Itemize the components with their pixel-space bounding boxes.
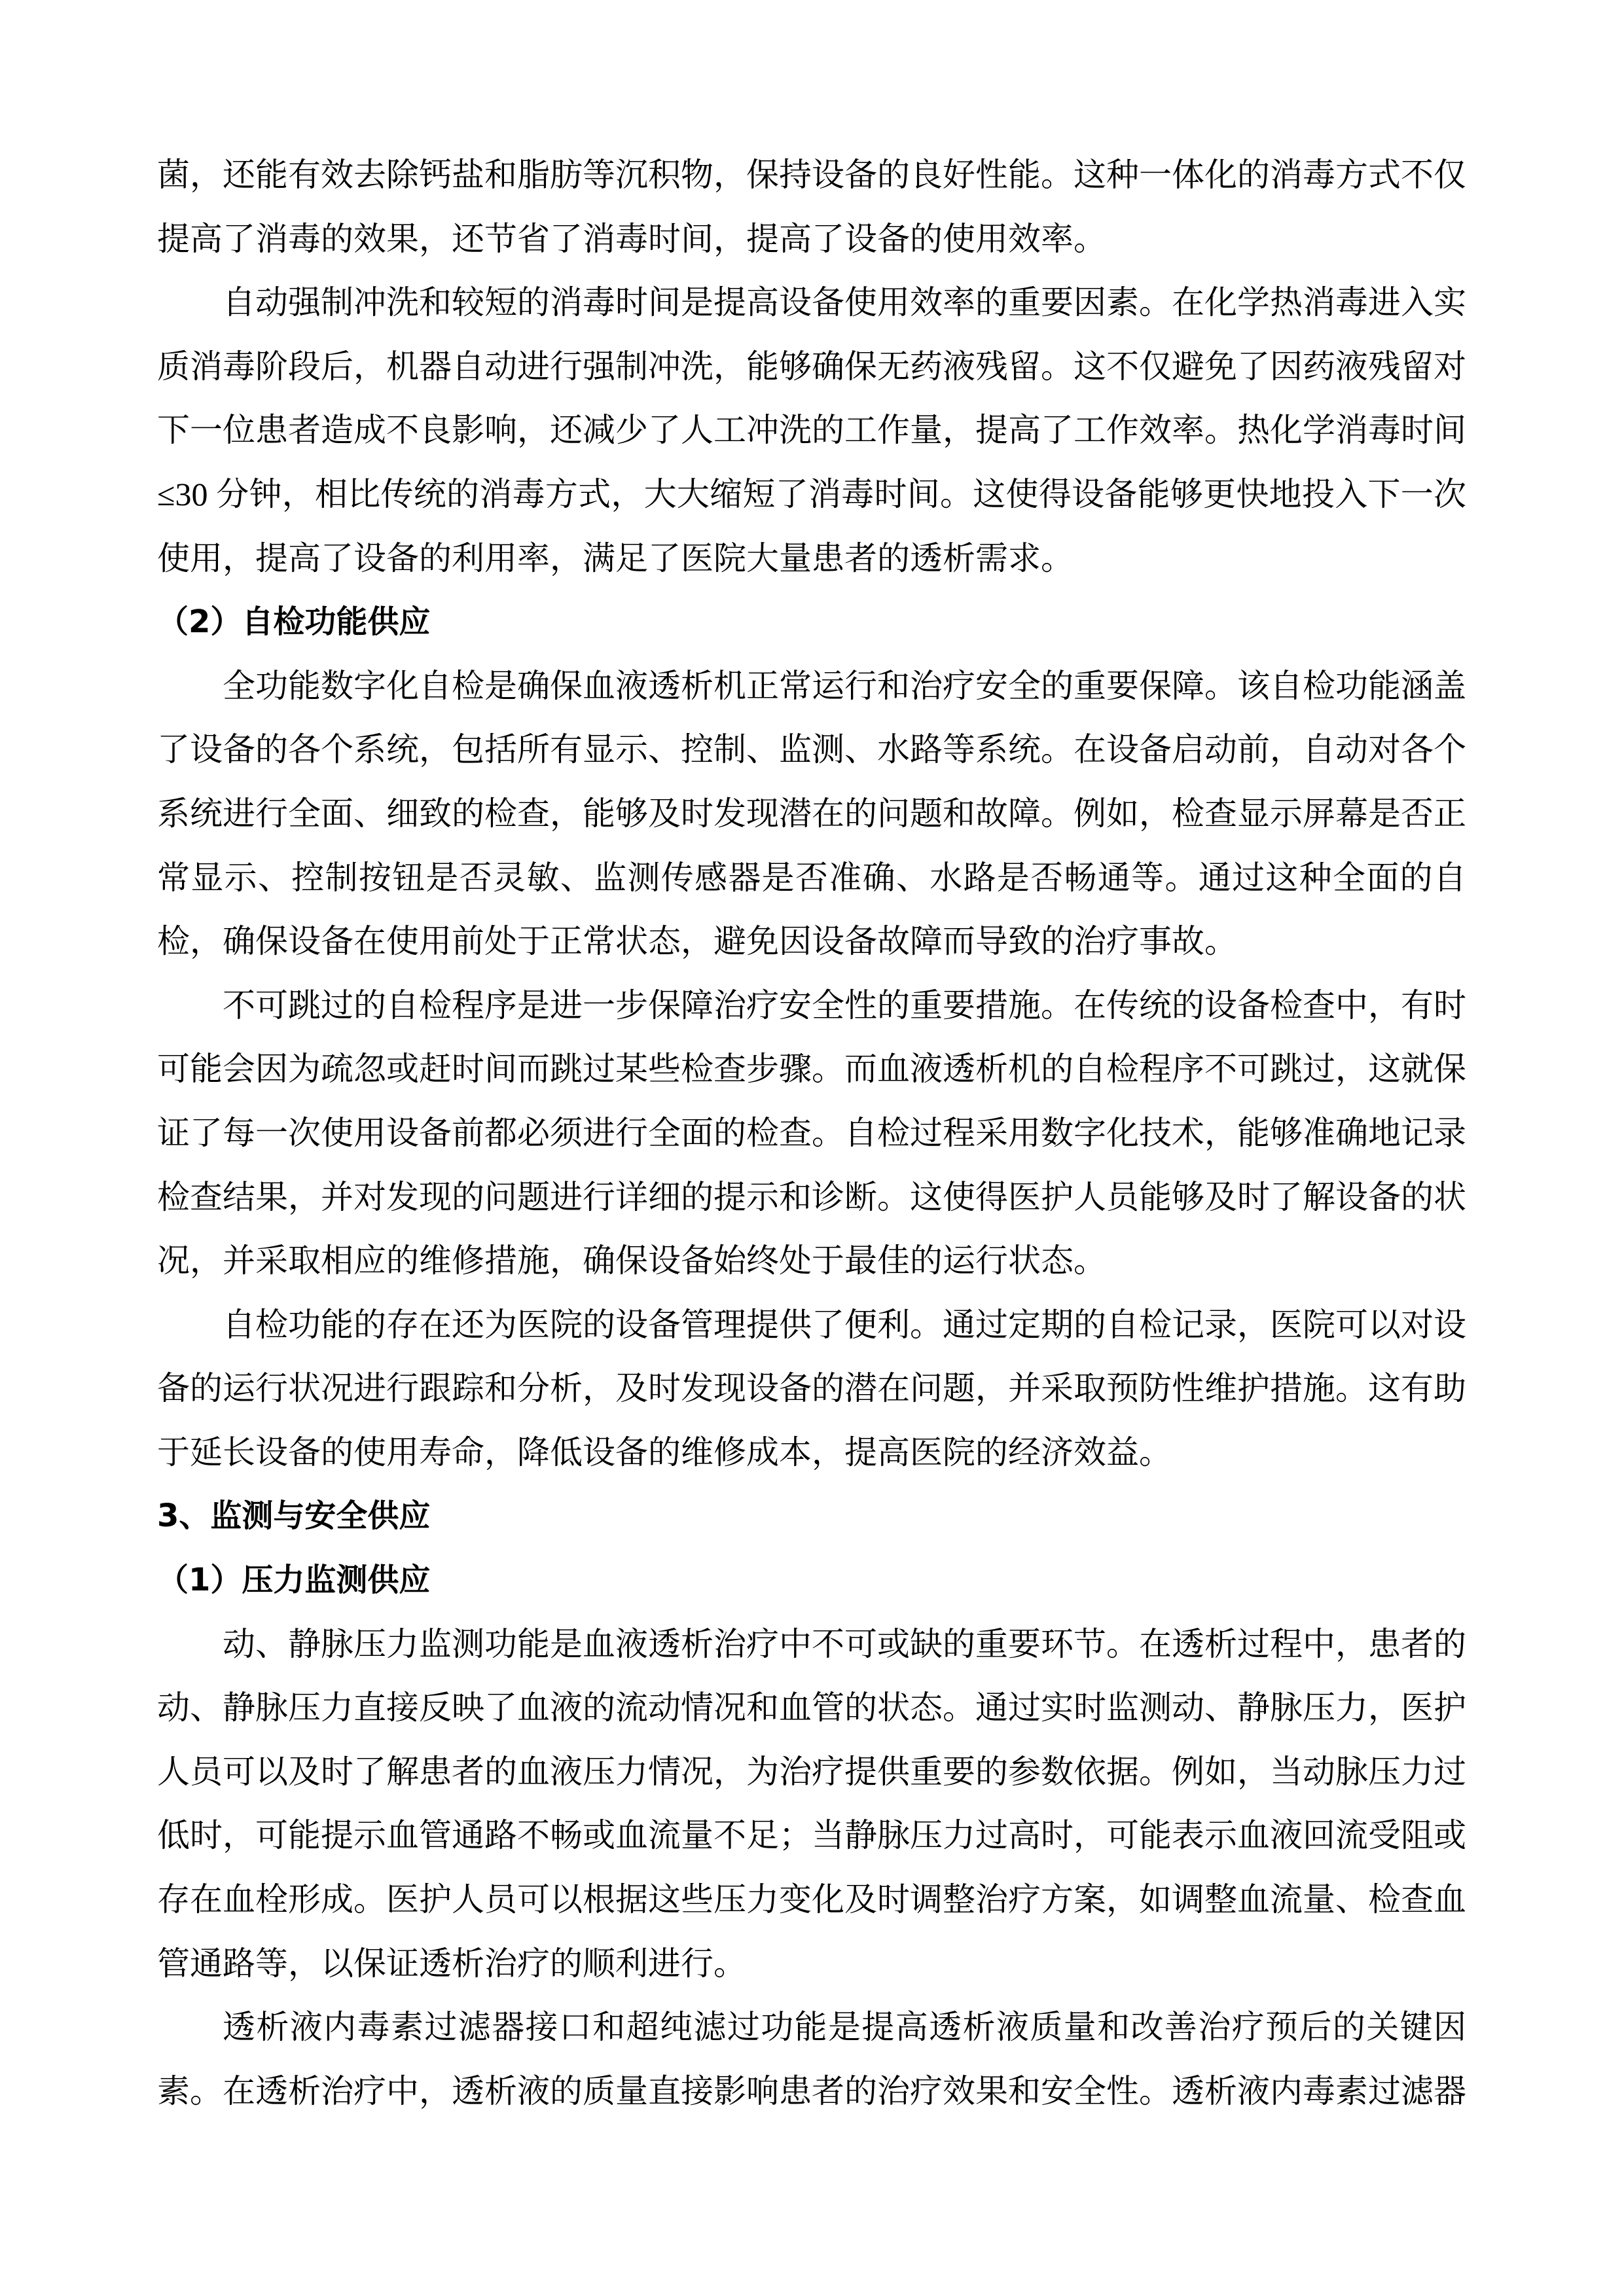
heading-pressure-monitoring-supply: （1）压力监测供应 xyxy=(157,1549,1466,1613)
paragraph-equipment-management: 自检功能的存在还为医院的设备管理提供了便利。通过定期的自检记录，医院可以对设备的… xyxy=(157,1293,1466,1485)
paragraph-auto-flush: 自动强制冲洗和较短的消毒时间是提高设备使用效率的重要因素。在化学热消毒进入实质消… xyxy=(157,271,1466,590)
paragraph-disinfection-continued: 菌，还能有效去除钙盐和脂肪等沉积物，保持设备的良好性能。这种一体化的消毒方式不仅… xyxy=(157,143,1466,271)
paragraph-unskippable-self-check: 不可跳过的自检程序是进一步保障治疗安全性的重要措施。在传统的设备检查中，有时可能… xyxy=(157,974,1466,1293)
heading-self-check-supply: （2）自检功能供应 xyxy=(157,590,1466,655)
paragraph-digital-self-check: 全功能数字化自检是确保血液透析机正常运行和治疗安全的重要保障。该自检功能涵盖了设… xyxy=(157,655,1466,974)
paragraph-pressure-monitoring: 动、静脉压力监测功能是血液透析治疗中不可或缺的重要环节。在透析过程中，患者的动、… xyxy=(157,1613,1466,1996)
document-page: 菌，还能有效去除钙盐和脂肪等沉积物，保持设备的良好性能。这种一体化的消毒方式不仅… xyxy=(157,143,1466,2123)
paragraph-endotoxin-filter: 透析液内毒素过滤器接口和超纯滤过功能是提高透析液质量和改善治疗预后的关键因素。在… xyxy=(157,1996,1466,2123)
heading-monitoring-safety-supply: 3、监测与安全供应 xyxy=(157,1484,1466,1549)
